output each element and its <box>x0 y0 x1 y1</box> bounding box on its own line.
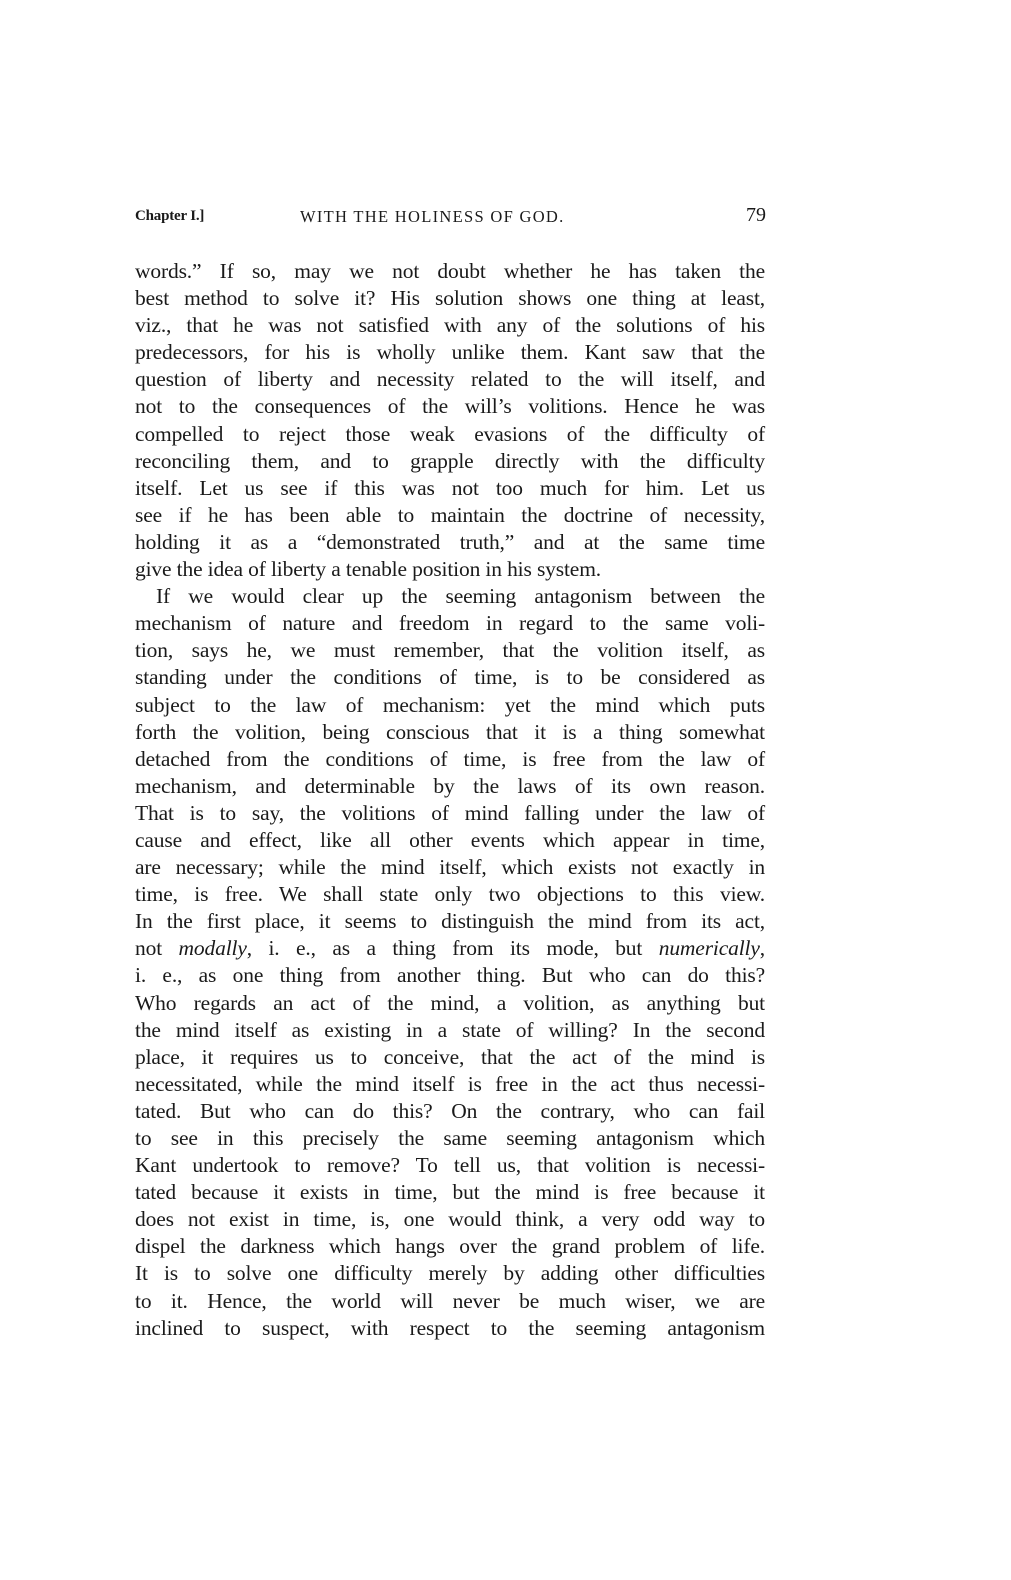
running-head: Chapter I.] WITH THE HOLINESS OF GOD. 79 <box>135 203 766 229</box>
text-line: give the idea of liberty a tenable posit… <box>135 556 765 583</box>
text-line: predecessors, for his is wholly unlike t… <box>135 339 765 366</box>
text-line: necessitated, while the mind itself is f… <box>135 1071 765 1098</box>
body-text: words.” If so, may we not doubt whether … <box>135 258 765 1342</box>
text-line: tated. But who can do this? On the contr… <box>135 1098 765 1125</box>
text-line: standing under the conditions of time, i… <box>135 664 765 691</box>
text-line: see if he has been able to maintain the … <box>135 502 765 529</box>
text-line: the mind itself as existing in a state o… <box>135 1017 765 1044</box>
text-line: detached from the conditions of time, is… <box>135 746 765 773</box>
text-line: does not exist in time, is, one would th… <box>135 1206 765 1233</box>
paragraph-2: If we would clear up the seeming antagon… <box>135 583 765 1342</box>
text-line: If we would clear up the seeming antagon… <box>135 583 765 610</box>
text-line: compelled to reject those weak evasions … <box>135 421 765 448</box>
text-line: inclined to suspect, with respect to the… <box>135 1315 765 1342</box>
text-line: to it. Hence, the world will never be mu… <box>135 1288 765 1315</box>
text-line: words.” If so, may we not doubt whether … <box>135 258 765 285</box>
text-line: i. e., as one thing from another thing. … <box>135 962 765 989</box>
text-line: tion, says he, we must remember, that th… <box>135 637 765 664</box>
text-line: place, it requires us to conceive, that … <box>135 1044 765 1071</box>
paragraph-1: words.” If so, may we not doubt whether … <box>135 258 765 583</box>
italic-term: numerically <box>659 936 760 960</box>
italic-term: modally <box>179 936 247 960</box>
text-line: question of liberty and necessity relate… <box>135 366 765 393</box>
text-line: best method to solve it? His solution sh… <box>135 285 765 312</box>
text-line: itself. Let us see if this was not too m… <box>135 475 765 502</box>
text-line: cause and effect, like all other events … <box>135 827 765 854</box>
text-line: mechanism, and determinable by the laws … <box>135 773 765 800</box>
chapter-label: Chapter I.] <box>135 208 204 225</box>
text-line: forth the volition, being conscious that… <box>135 719 765 746</box>
text-line: time, is free. We shall state only two o… <box>135 881 765 908</box>
text-run: , <box>760 936 765 960</box>
book-page: Chapter I.] WITH THE HOLINESS OF GOD. 79… <box>0 0 1011 1580</box>
text-line: are necessary; while the mind itself, wh… <box>135 854 765 881</box>
text-line: not to the consequences of the will’s vo… <box>135 393 765 420</box>
text-run: , i. e., as a thing from its mode, but <box>247 936 659 960</box>
text-line: holding it as a “demonstrated truth,” an… <box>135 529 765 556</box>
text-line: It is to solve one difficulty merely by … <box>135 1260 765 1287</box>
text-line: In the first place, it seems to distingu… <box>135 908 765 935</box>
text-line: That is to say, the volitions of mind fa… <box>135 800 765 827</box>
text-line: dispel the darkness which hangs over the… <box>135 1233 765 1260</box>
text-run: not <box>135 936 179 960</box>
text-line: reconciling them, and to grapple directl… <box>135 448 765 475</box>
text-line-with-italics: not modally, i. e., as a thing from its … <box>135 935 765 962</box>
text-line: subject to the law of mechanism: yet the… <box>135 692 765 719</box>
running-title: WITH THE HOLINESS OF GOD. <box>300 207 565 227</box>
text-line: to see in this precisely the same seemin… <box>135 1125 765 1152</box>
text-line: tated because it exists in time, but the… <box>135 1179 765 1206</box>
page-number: 79 <box>746 204 766 227</box>
text-line: viz., that he was not satisfied with any… <box>135 312 765 339</box>
text-line: Who regards an act of the mind, a voliti… <box>135 990 765 1017</box>
text-line: Kant undertook to remove? To tell us, th… <box>135 1152 765 1179</box>
text-line: mechanism of nature and freedom in regar… <box>135 610 765 637</box>
